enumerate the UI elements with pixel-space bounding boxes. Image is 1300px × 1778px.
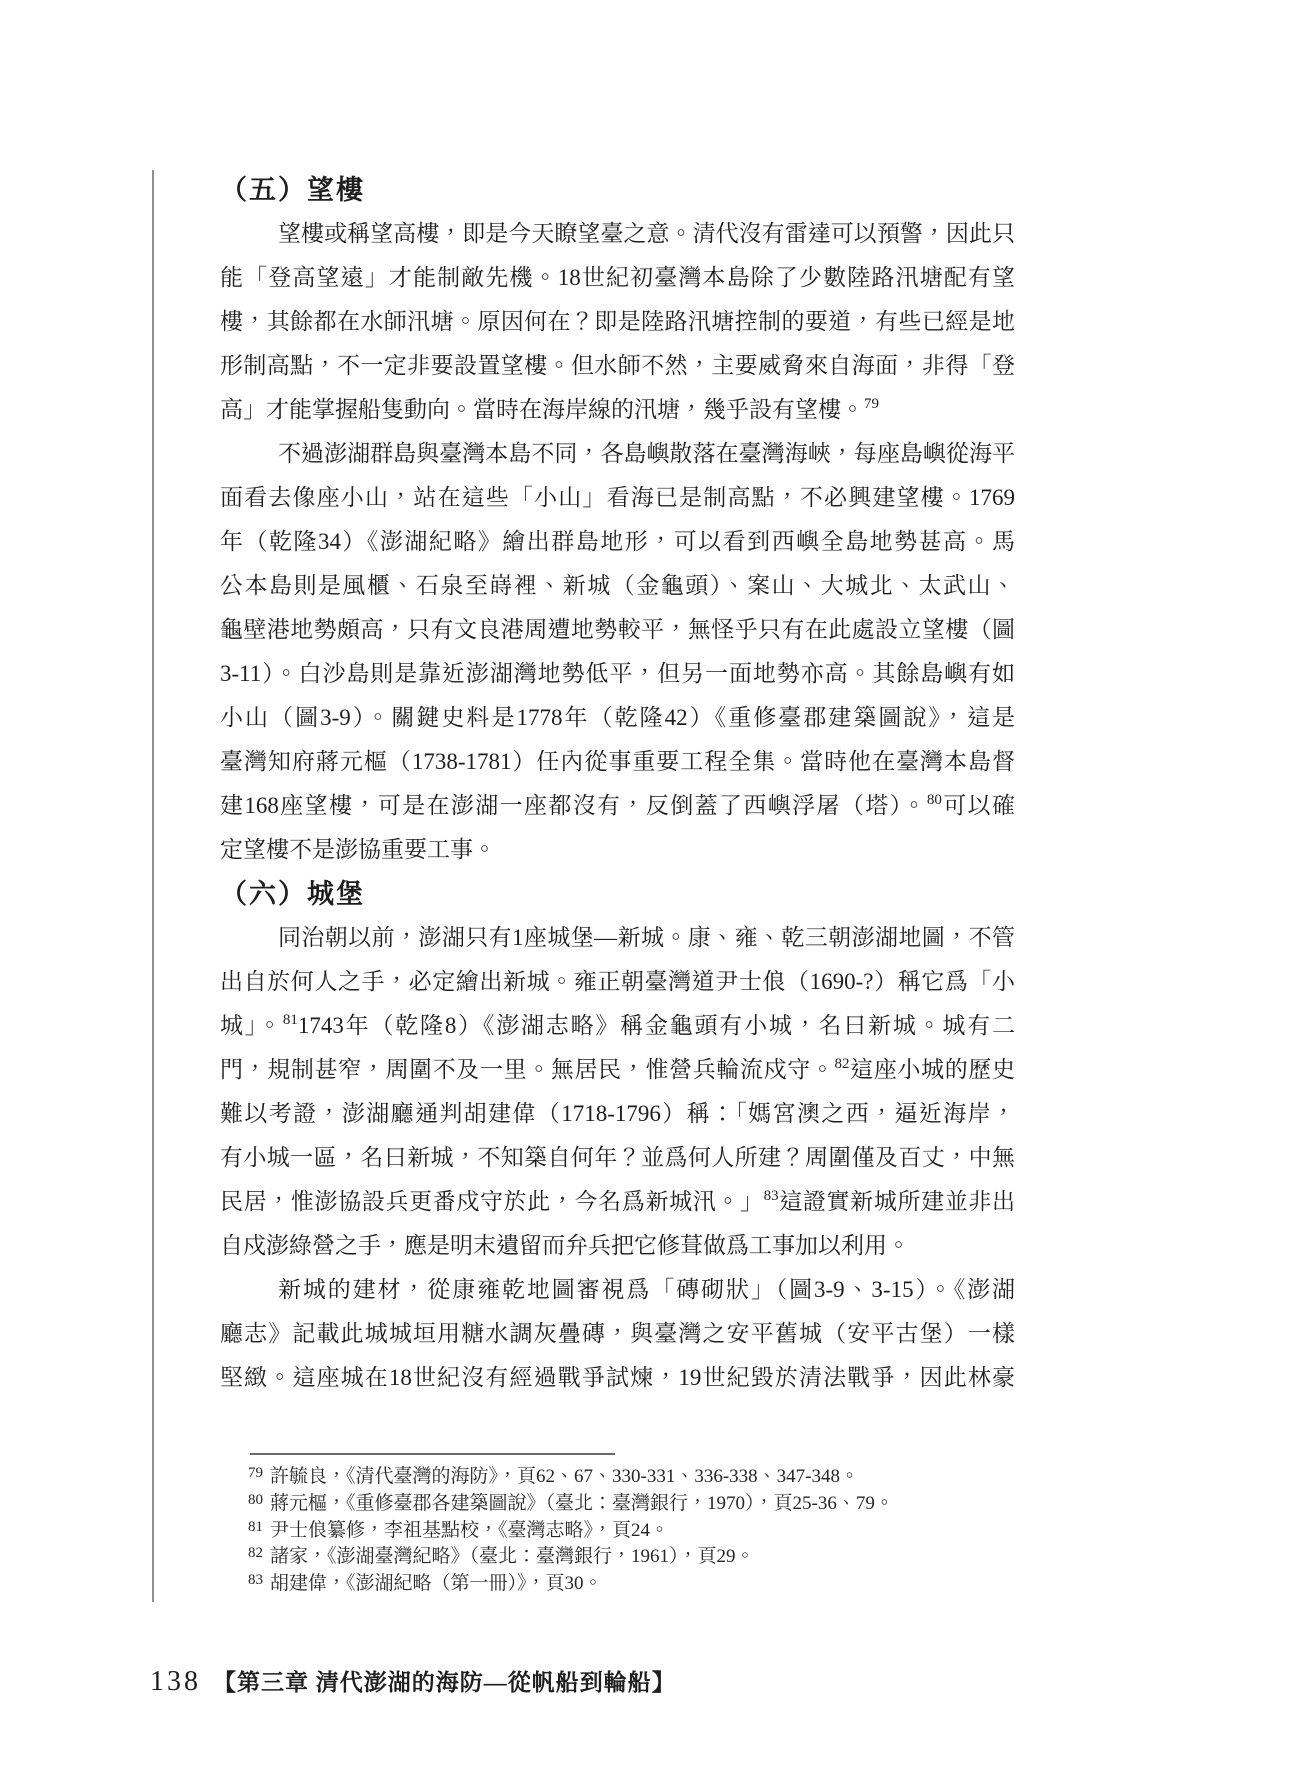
section-heading: （六）城堡 xyxy=(220,872,1015,916)
text-line: 有小城一區，名曰新城，不知築自何年？並爲何人所建？周圍僅及百丈，中無 xyxy=(220,1136,1015,1180)
text-line: 堅緻。這座城在18世紀沒有經過戰爭試煉，19世紀毀於清法戰爭，因此林豪 xyxy=(220,1356,1015,1400)
text-line: 能「登高望遠」才能制敵先機。18世紀初臺灣本島除了少數陸路汛塘配有望 xyxy=(220,256,1015,300)
book-page: （五）望樓望樓或稱望高樓，即是今天瞭望臺之意。清代沒有雷達可以預警，因此只能「登… xyxy=(0,0,1300,1778)
footnote-text: 尹士俍纂修，李祖基點校，《臺灣志略》，頁24。 xyxy=(270,1520,669,1541)
text-line: 望樓或稱望高樓，即是今天瞭望臺之意。清代沒有雷達可以預警，因此只 xyxy=(220,212,1015,256)
footnote-text: 諸家，《澎湖臺灣紀略》（臺北：臺灣銀行，1961），頁29。 xyxy=(270,1546,755,1567)
text-line: 難以考證，澎湖廳通判胡建偉（1718-1796）稱：「媽宮澳之西，逼近海岸， xyxy=(220,1092,1015,1136)
text-line: 不過澎湖群島與臺灣本島不同，各島嶼散落在臺灣海峽，每座島嶼從海平 xyxy=(220,432,1015,476)
footnotes-block: 79許毓良，《清代臺灣的海防》，頁62、67、330-331、336-338、3… xyxy=(248,1464,993,1598)
text-line: 同治朝以前，澎湖只有1座城堡—新城。康、雍、乾三朝澎湖地圖，不管 xyxy=(220,916,1015,960)
text-line: 建168座望樓，可是在澎湖一座都沒有，反倒蓋了西嶼浮屠（塔）。80可以確 xyxy=(220,784,1015,828)
page-number: 138 xyxy=(150,1666,201,1697)
footnote: 81尹士俍纂修，李祖基點校，《臺灣志略》，頁24。 xyxy=(248,1518,993,1545)
footnote-number: 80 xyxy=(248,1492,263,1508)
footnote-separator xyxy=(250,1453,615,1455)
footnote-number: 83 xyxy=(248,1572,263,1588)
footnote-reference: 82 xyxy=(835,1056,850,1072)
footnote-text: 胡建偉，《澎湖紀略（第一冊）》，頁30。 xyxy=(270,1573,603,1594)
footnote: 83胡建偉，《澎湖紀略（第一冊）》，頁30。 xyxy=(248,1571,993,1598)
text-line: 新城的建材，從康雍乾地圖審視爲「磚砌狀」（圖3-9、3-15）。《澎湖 xyxy=(220,1268,1015,1312)
page-footer: 138【第三章 清代澎湖的海防—從帆船到輪船】 xyxy=(150,1664,676,1698)
text-line: 小山（圖3-9）。關鍵史料是1778年（乾隆42）《重修臺郡建築圖說》，這是 xyxy=(220,696,1015,740)
text-line: 門，規制甚窄，周圍不及一里。無居民，惟營兵輪流戍守。82這座小城的歷史 xyxy=(220,1048,1015,1092)
text-line: 廳志》記載此城城垣用糖水調灰疊磚，與臺灣之安平舊城（安平古堡）一樣 xyxy=(220,1312,1015,1356)
footnote-reference: 83 xyxy=(764,1188,779,1204)
text-line: 公本島則是風櫃、石泉至嵵裡、新城（金龜頭）、案山、大城北、太武山、 xyxy=(220,564,1015,608)
footnote-reference: 81 xyxy=(283,1012,298,1028)
text-line: 城」。811743年（乾隆8）《澎湖志略》稱金龜頭有小城，名曰新城。城有二 xyxy=(220,1004,1015,1048)
footnote-text: 許毓良，《清代臺灣的海防》，頁62、67、330-331、336-338、347… xyxy=(270,1466,859,1487)
text-line: 民居，惟澎協設兵更番戍守於此，今名爲新城汛。」83這證實新城所建並非出 xyxy=(220,1180,1015,1224)
left-margin-rule xyxy=(152,170,154,1602)
chapter-title: 【第三章 清代澎湖的海防—從帆船到輪船】 xyxy=(213,1670,676,1695)
footnote-reference: 80 xyxy=(927,792,942,808)
text-line: 3-11）。白沙島則是靠近澎湖灣地勢低平，但另一面地勢亦高。其餘島嶼有如 xyxy=(220,652,1015,696)
text-line: 形制高點，不一定非要設置望樓。但水師不然，主要威脅來自海面，非得「登 xyxy=(220,344,1015,388)
footnote: 80蔣元樞，《重修臺郡各建築圖說》（臺北：臺灣銀行，1970），頁25-36、7… xyxy=(248,1491,993,1518)
text-line: 自戍澎綠營之手，應是明末遺留而弁兵把它修葺做爲工事加以利用。 xyxy=(220,1224,1015,1268)
footnote-number: 82 xyxy=(248,1545,263,1561)
text-line: 樓，其餘都在水師汛塘。原因何在？即是陸路汛塘控制的要道，有些已經是地 xyxy=(220,300,1015,344)
footnote-number: 81 xyxy=(248,1519,263,1535)
text-line: 龜壁港地勢頗高，只有文良港周遭地勢較平，無怪乎只有在此處設立望樓（圖 xyxy=(220,608,1015,652)
section-heading: （五）望樓 xyxy=(220,168,1015,212)
text-line: 出自於何人之手，必定繪出新城。雍正朝臺灣道尹士俍（1690-?）稱它爲「小 xyxy=(220,960,1015,1004)
text-line: 臺灣知府蔣元樞（1738-1781）任內從事重要工程全集。當時他在臺灣本島督 xyxy=(220,740,1015,784)
footnote-reference: 79 xyxy=(864,396,879,412)
footnote: 79許毓良，《清代臺灣的海防》，頁62、67、330-331、336-338、3… xyxy=(248,1464,993,1491)
text-line: 定望樓不是澎協重要工事。 xyxy=(220,828,1015,872)
text-line: 面看去像座小山，站在這些「小山」看海已是制高點，不必興建望樓。1769 xyxy=(220,476,1015,520)
text-line: 年（乾隆34）《澎湖紀略》繪出群島地形，可以看到西嶼全島地勢甚高。馬 xyxy=(220,520,1015,564)
footnote-text: 蔣元樞，《重修臺郡各建築圖說》（臺北：臺灣銀行，1970），頁25-36、79。 xyxy=(270,1493,894,1514)
body-text: （五）望樓望樓或稱望高樓，即是今天瞭望臺之意。清代沒有雷達可以預警，因此只能「登… xyxy=(220,168,1015,1400)
text-line: 高」才能掌握船隻動向。當時在海岸線的汛塘，幾乎設有望樓。79 xyxy=(220,388,1015,432)
footnote-number: 79 xyxy=(248,1465,263,1481)
footnote: 82諸家，《澎湖臺灣紀略》（臺北：臺灣銀行，1961），頁29。 xyxy=(248,1544,993,1571)
